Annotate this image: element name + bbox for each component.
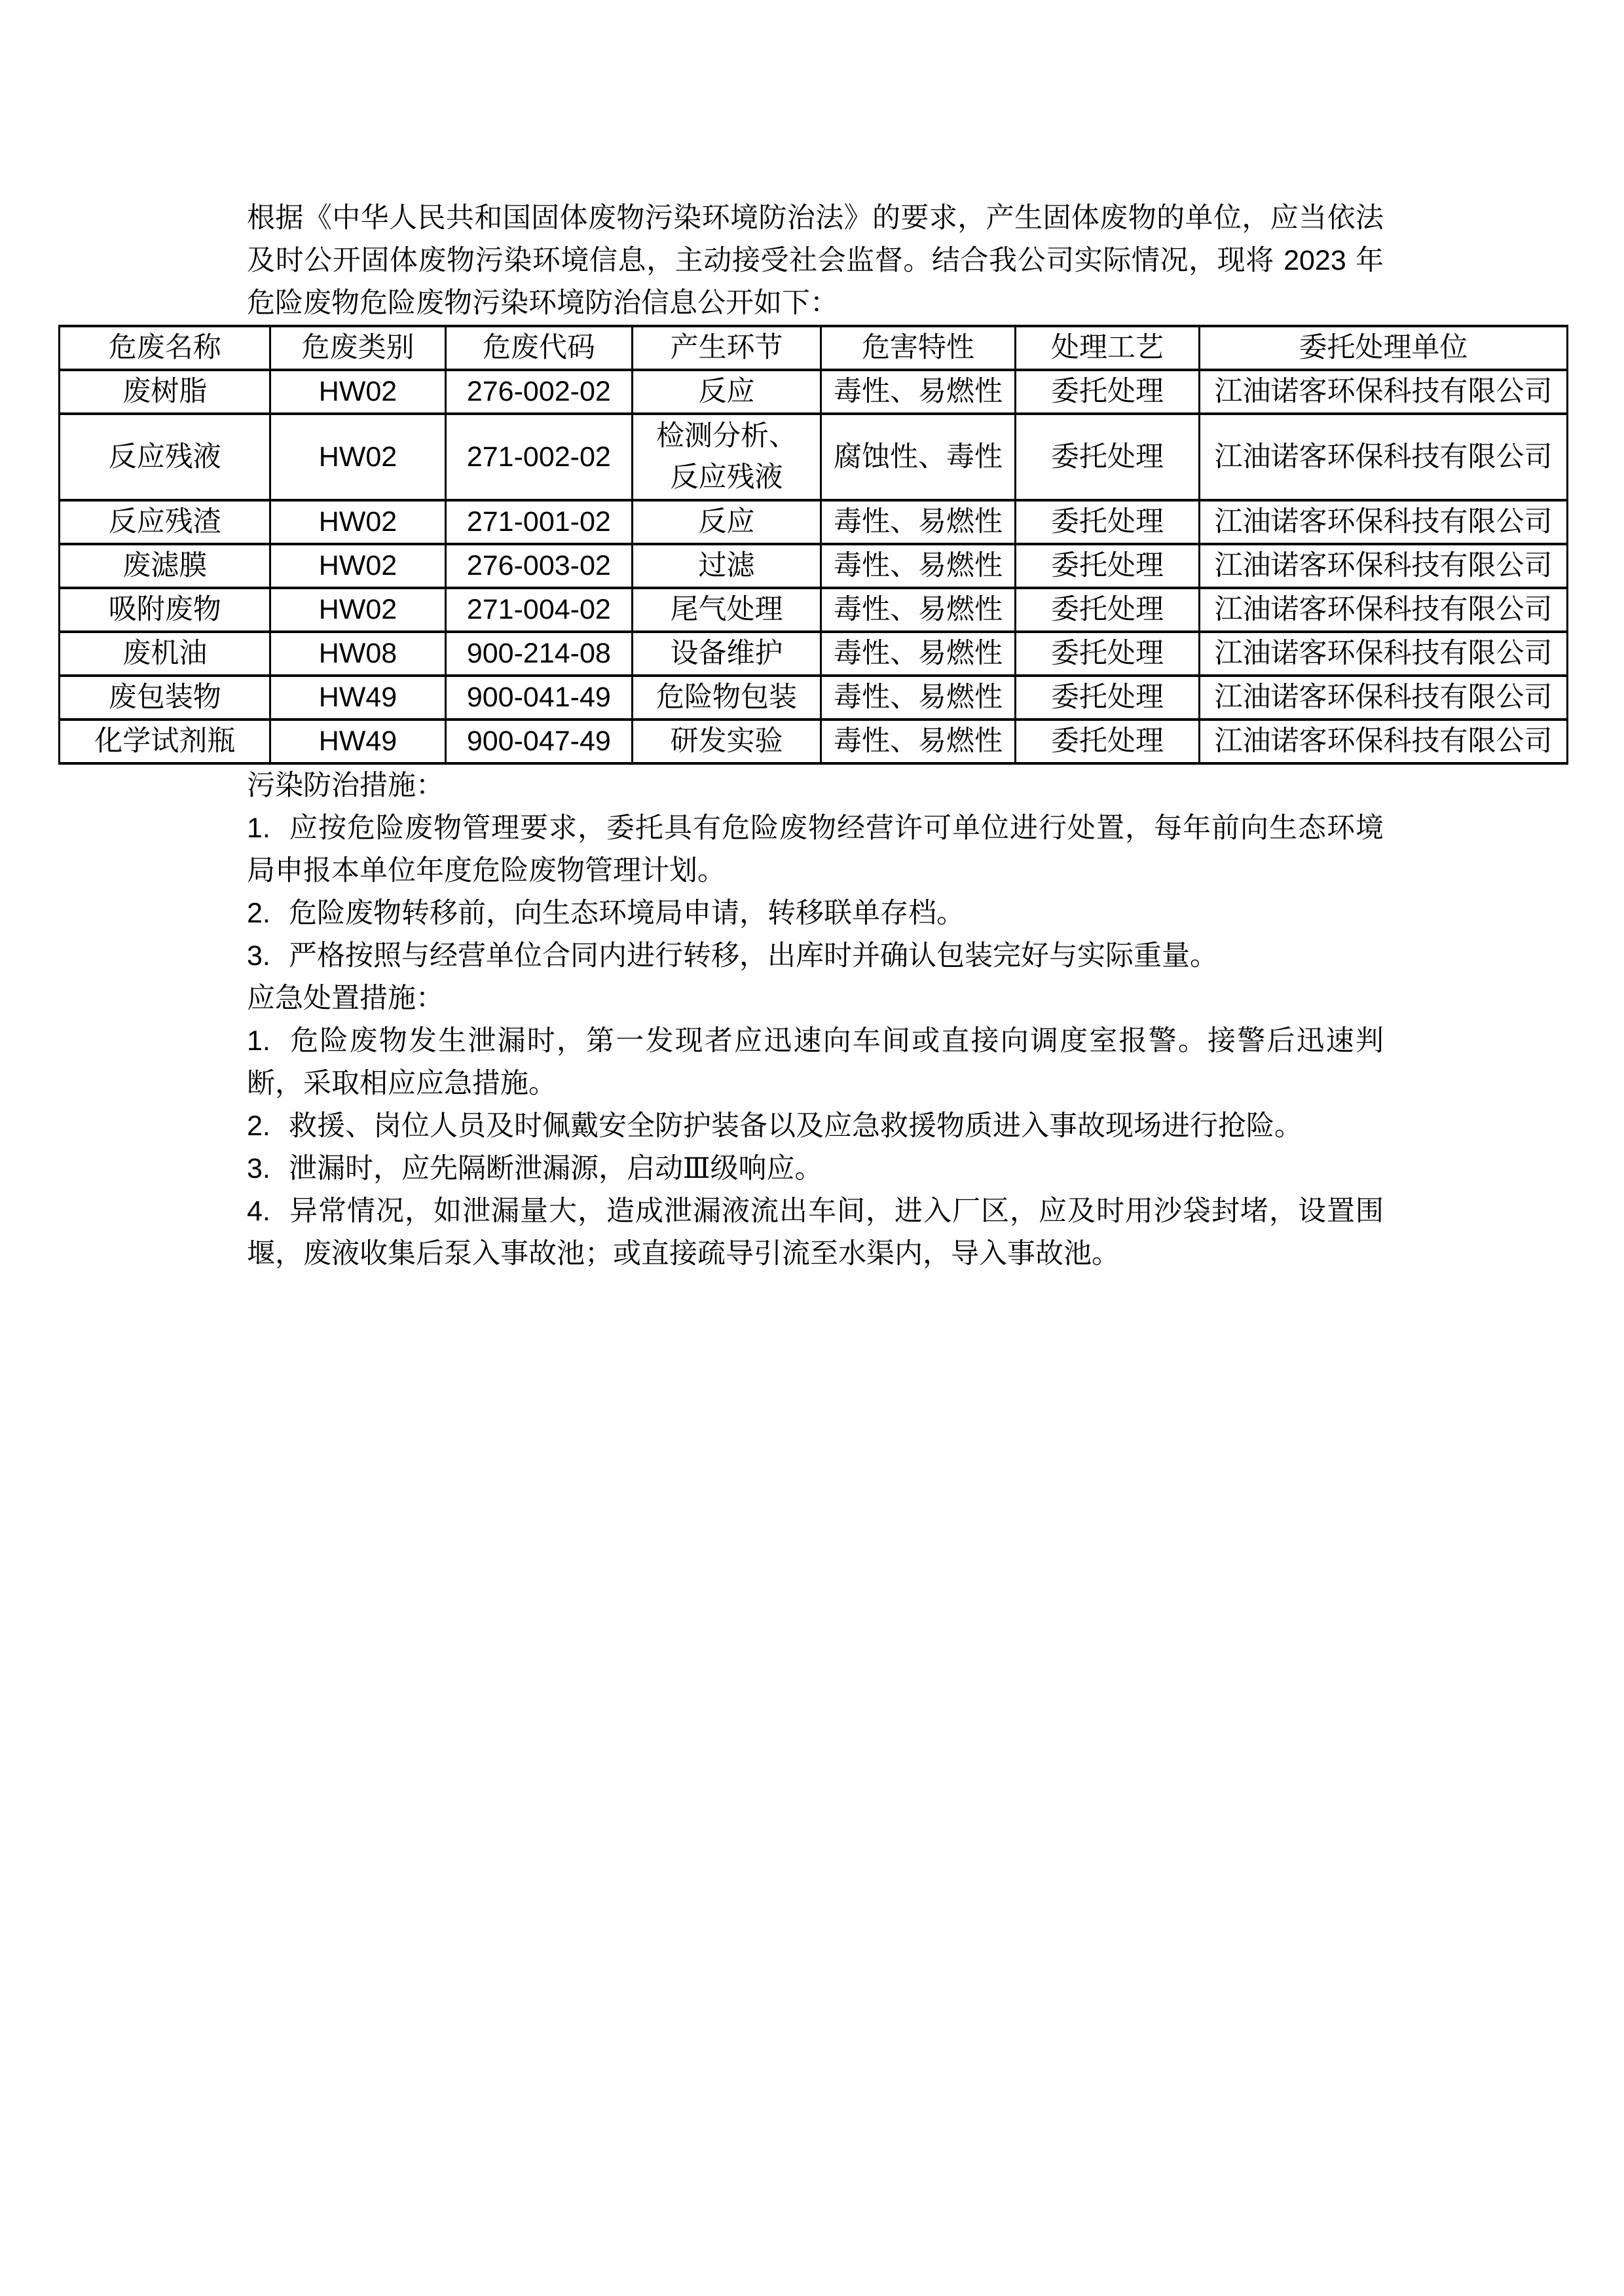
list-item: 2.救援、岗位人员及时佩戴安全防护装备以及应急救援物质进入事故现场进行抢险。	[247, 1105, 1384, 1148]
column-header: 危废代码	[445, 326, 633, 370]
cell-process: 委托处理	[1016, 632, 1200, 676]
cell-hazard: 毒性、易燃性	[821, 676, 1015, 720]
column-header: 委托处理单位	[1200, 326, 1568, 370]
cell-name: 废机油	[60, 632, 270, 676]
cell-stage: 研发实验	[633, 720, 821, 763]
list-item-text: 异常情况，如泄漏量大，造成泄漏液流出车间，进入厂区，应及时用沙袋封堵，设置围堰，…	[247, 1195, 1384, 1270]
emergency-response-title: 应急处置措施：	[247, 977, 1384, 1020]
cell-code: 271-002-02	[445, 414, 633, 500]
list-item-text: 危险废物转移前，向生态环境局申请，转移联单存档。	[289, 897, 965, 930]
column-header: 危废类别	[270, 326, 445, 370]
list-item-text: 应按危险废物管理要求，委托具有危险废物经营许可单位进行处置，每年前向生态环境局申…	[247, 812, 1384, 887]
table-row: 废机油HW08900-214-08设备维护毒性、易燃性委托处理江油诺客环保科技有…	[60, 632, 1568, 676]
cell-class: HW49	[270, 720, 445, 763]
table-row: 吸附废物HW02271-004-02尾气处理毒性、易燃性委托处理江油诺客环保科技…	[60, 588, 1568, 632]
cell-class: HW02	[270, 544, 445, 588]
table-row: 反应残渣HW02271-001-02反应毒性、易燃性委托处理江油诺客环保科技有限…	[60, 500, 1568, 544]
document-page: 根据《中华人民共和国固体废物污染环境防治法》的要求，产生固体废物的单位，应当依法…	[0, 0, 1624, 2296]
column-header: 处理工艺	[1016, 326, 1200, 370]
cell-name: 废包装物	[60, 676, 270, 720]
cell-hazard: 毒性、易燃性	[821, 544, 1015, 588]
pollution-prevention-list: 1.应按危险废物管理要求，委托具有危险废物经营许可单位进行处置，每年前向生态环境…	[247, 807, 1384, 977]
cell-process: 委托处理	[1016, 370, 1200, 414]
column-header: 危废名称	[60, 326, 270, 370]
cell-name: 反应残渣	[60, 500, 270, 544]
cell-handler: 江油诺客环保科技有限公司	[1200, 588, 1568, 632]
list-item-number: 2.	[247, 892, 289, 935]
cell-hazard: 毒性、易燃性	[821, 370, 1015, 414]
list-item: 3.严格按照与经营单位合同内进行转移，出库时并确认包装完好与实际重量。	[247, 935, 1384, 977]
list-item-number: 3.	[247, 1148, 289, 1190]
cell-code: 271-001-02	[445, 500, 633, 544]
table-row: 废滤膜HW02276-003-02过滤毒性、易燃性委托处理江油诺客环保科技有限公…	[60, 544, 1568, 588]
cell-class: HW02	[270, 500, 445, 544]
list-item: 1.应按危险废物管理要求，委托具有危险废物经营许可单位进行处置，每年前向生态环境…	[247, 807, 1384, 892]
cell-stage: 反应	[633, 500, 821, 544]
list-item-text: 危险废物发生泄漏时，第一发现者应迅速向车间或直接向调度室报警。接警后迅速判断，采…	[247, 1025, 1384, 1100]
cell-name: 废滤膜	[60, 544, 270, 588]
cell-class: HW49	[270, 676, 445, 720]
cell-handler: 江油诺客环保科技有限公司	[1200, 500, 1568, 544]
cell-code: 276-003-02	[445, 544, 633, 588]
table-body: 废树脂HW02276-002-02反应毒性、易燃性委托处理江油诺客环保科技有限公…	[60, 370, 1568, 763]
cell-hazard: 毒性、易燃性	[821, 720, 1015, 763]
cell-class: HW08	[270, 632, 445, 676]
cell-process: 委托处理	[1016, 720, 1200, 763]
cell-handler: 江油诺客环保科技有限公司	[1200, 720, 1568, 763]
table-header-row: 危废名称危废类别危废代码产生环节危害特性处理工艺委托处理单位	[60, 326, 1568, 370]
emergency-response-list: 1.危险废物发生泄漏时，第一发现者应迅速向车间或直接向调度室报警。接警后迅速判断…	[247, 1020, 1384, 1275]
cell-code: 276-002-02	[445, 370, 633, 414]
list-item-text: 严格按照与经营单位合同内进行转移，出库时并确认包装完好与实际重量。	[289, 939, 1218, 972]
cell-hazard: 毒性、易燃性	[821, 632, 1015, 676]
table-row: 化学试剂瓶HW49900-047-49研发实验毒性、易燃性委托处理江油诺客环保科…	[60, 720, 1568, 763]
document-content: 根据《中华人民共和国固体废物污染环境防治法》的要求，产生固体废物的单位，应当依法…	[247, 0, 1384, 1275]
list-item: 4.异常情况，如泄漏量大，造成泄漏液流出车间，进入厂区，应及时用沙袋封堵，设置围…	[247, 1190, 1384, 1275]
hazardous-waste-table: 危废名称危废类别危废代码产生环节危害特性处理工艺委托处理单位 废树脂HW0227…	[58, 325, 1568, 765]
list-item: 1.危险废物发生泄漏时，第一发现者应迅速向车间或直接向调度室报警。接警后迅速判断…	[247, 1020, 1384, 1105]
cell-handler: 江油诺客环保科技有限公司	[1200, 676, 1568, 720]
column-header: 危害特性	[821, 326, 1015, 370]
cell-name: 废树脂	[60, 370, 270, 414]
intro-segment: 2023	[1283, 245, 1346, 276]
cell-code: 900-041-49	[445, 676, 633, 720]
cell-process: 委托处理	[1016, 414, 1200, 500]
cell-code: 900-047-49	[445, 720, 633, 763]
intro-paragraph: 根据《中华人民共和国固体废物污染环境防治法》的要求，产生固体废物的单位，应当依法…	[247, 197, 1384, 325]
cell-process: 委托处理	[1016, 676, 1200, 720]
column-header: 产生环节	[633, 326, 821, 370]
cell-handler: 江油诺客环保科技有限公司	[1200, 544, 1568, 588]
intro-segment: 根据《中华人民共和国固体废物污染环境防治法》的要求，产生固体废物的单位，应当依法…	[247, 202, 1384, 277]
cell-hazard: 毒性、易燃性	[821, 500, 1015, 544]
cell-class: HW02	[270, 370, 445, 414]
cell-code: 271-004-02	[445, 588, 633, 632]
cell-stage: 检测分析、 反应残液	[633, 414, 821, 500]
table-row: 废树脂HW02276-002-02反应毒性、易燃性委托处理江油诺客环保科技有限公…	[60, 370, 1568, 414]
cell-handler: 江油诺客环保科技有限公司	[1200, 414, 1568, 500]
cell-stage: 设备维护	[633, 632, 821, 676]
cell-process: 委托处理	[1016, 544, 1200, 588]
list-item-number: 3.	[247, 935, 289, 977]
cell-class: HW02	[270, 588, 445, 632]
cell-stage: 过滤	[633, 544, 821, 588]
cell-hazard: 腐蚀性、毒性	[821, 414, 1015, 500]
cell-stage: 危险物包装	[633, 676, 821, 720]
cell-class: HW02	[270, 414, 445, 500]
list-item-text: 救援、岗位人员及时佩戴安全防护装备以及应急救援物质进入事故现场进行抢险。	[289, 1110, 1302, 1142]
list-item-number: 1.	[247, 807, 289, 850]
table-row: 废包装物HW49900-041-49危险物包装毒性、易燃性委托处理江油诺客环保科…	[60, 676, 1568, 720]
list-item-number: 1.	[247, 1020, 289, 1063]
cell-process: 委托处理	[1016, 588, 1200, 632]
list-item-number: 2.	[247, 1105, 289, 1148]
list-item: 2.危险废物转移前，向生态环境局申请，转移联单存档。	[247, 892, 1384, 935]
cell-hazard: 毒性、易燃性	[821, 588, 1015, 632]
list-item-text: 泄漏时，应先隔断泄漏源，启动Ⅲ级响应。	[289, 1152, 822, 1185]
cell-code: 900-214-08	[445, 632, 633, 676]
cell-stage: 反应	[633, 370, 821, 414]
cell-name: 反应残液	[60, 414, 270, 500]
pollution-prevention-title: 污染防治措施：	[247, 765, 1384, 807]
list-item: 3.泄漏时，应先隔断泄漏源，启动Ⅲ级响应。	[247, 1148, 1384, 1190]
cell-stage: 尾气处理	[633, 588, 821, 632]
cell-name: 吸附废物	[60, 588, 270, 632]
cell-handler: 江油诺客环保科技有限公司	[1200, 370, 1568, 414]
cell-process: 委托处理	[1016, 500, 1200, 544]
table-row: 反应残液HW02271-002-02检测分析、 反应残液腐蚀性、毒性委托处理江油…	[60, 414, 1568, 500]
list-item-number: 4.	[247, 1190, 289, 1233]
cell-handler: 江油诺客环保科技有限公司	[1200, 632, 1568, 676]
cell-name: 化学试剂瓶	[60, 720, 270, 763]
